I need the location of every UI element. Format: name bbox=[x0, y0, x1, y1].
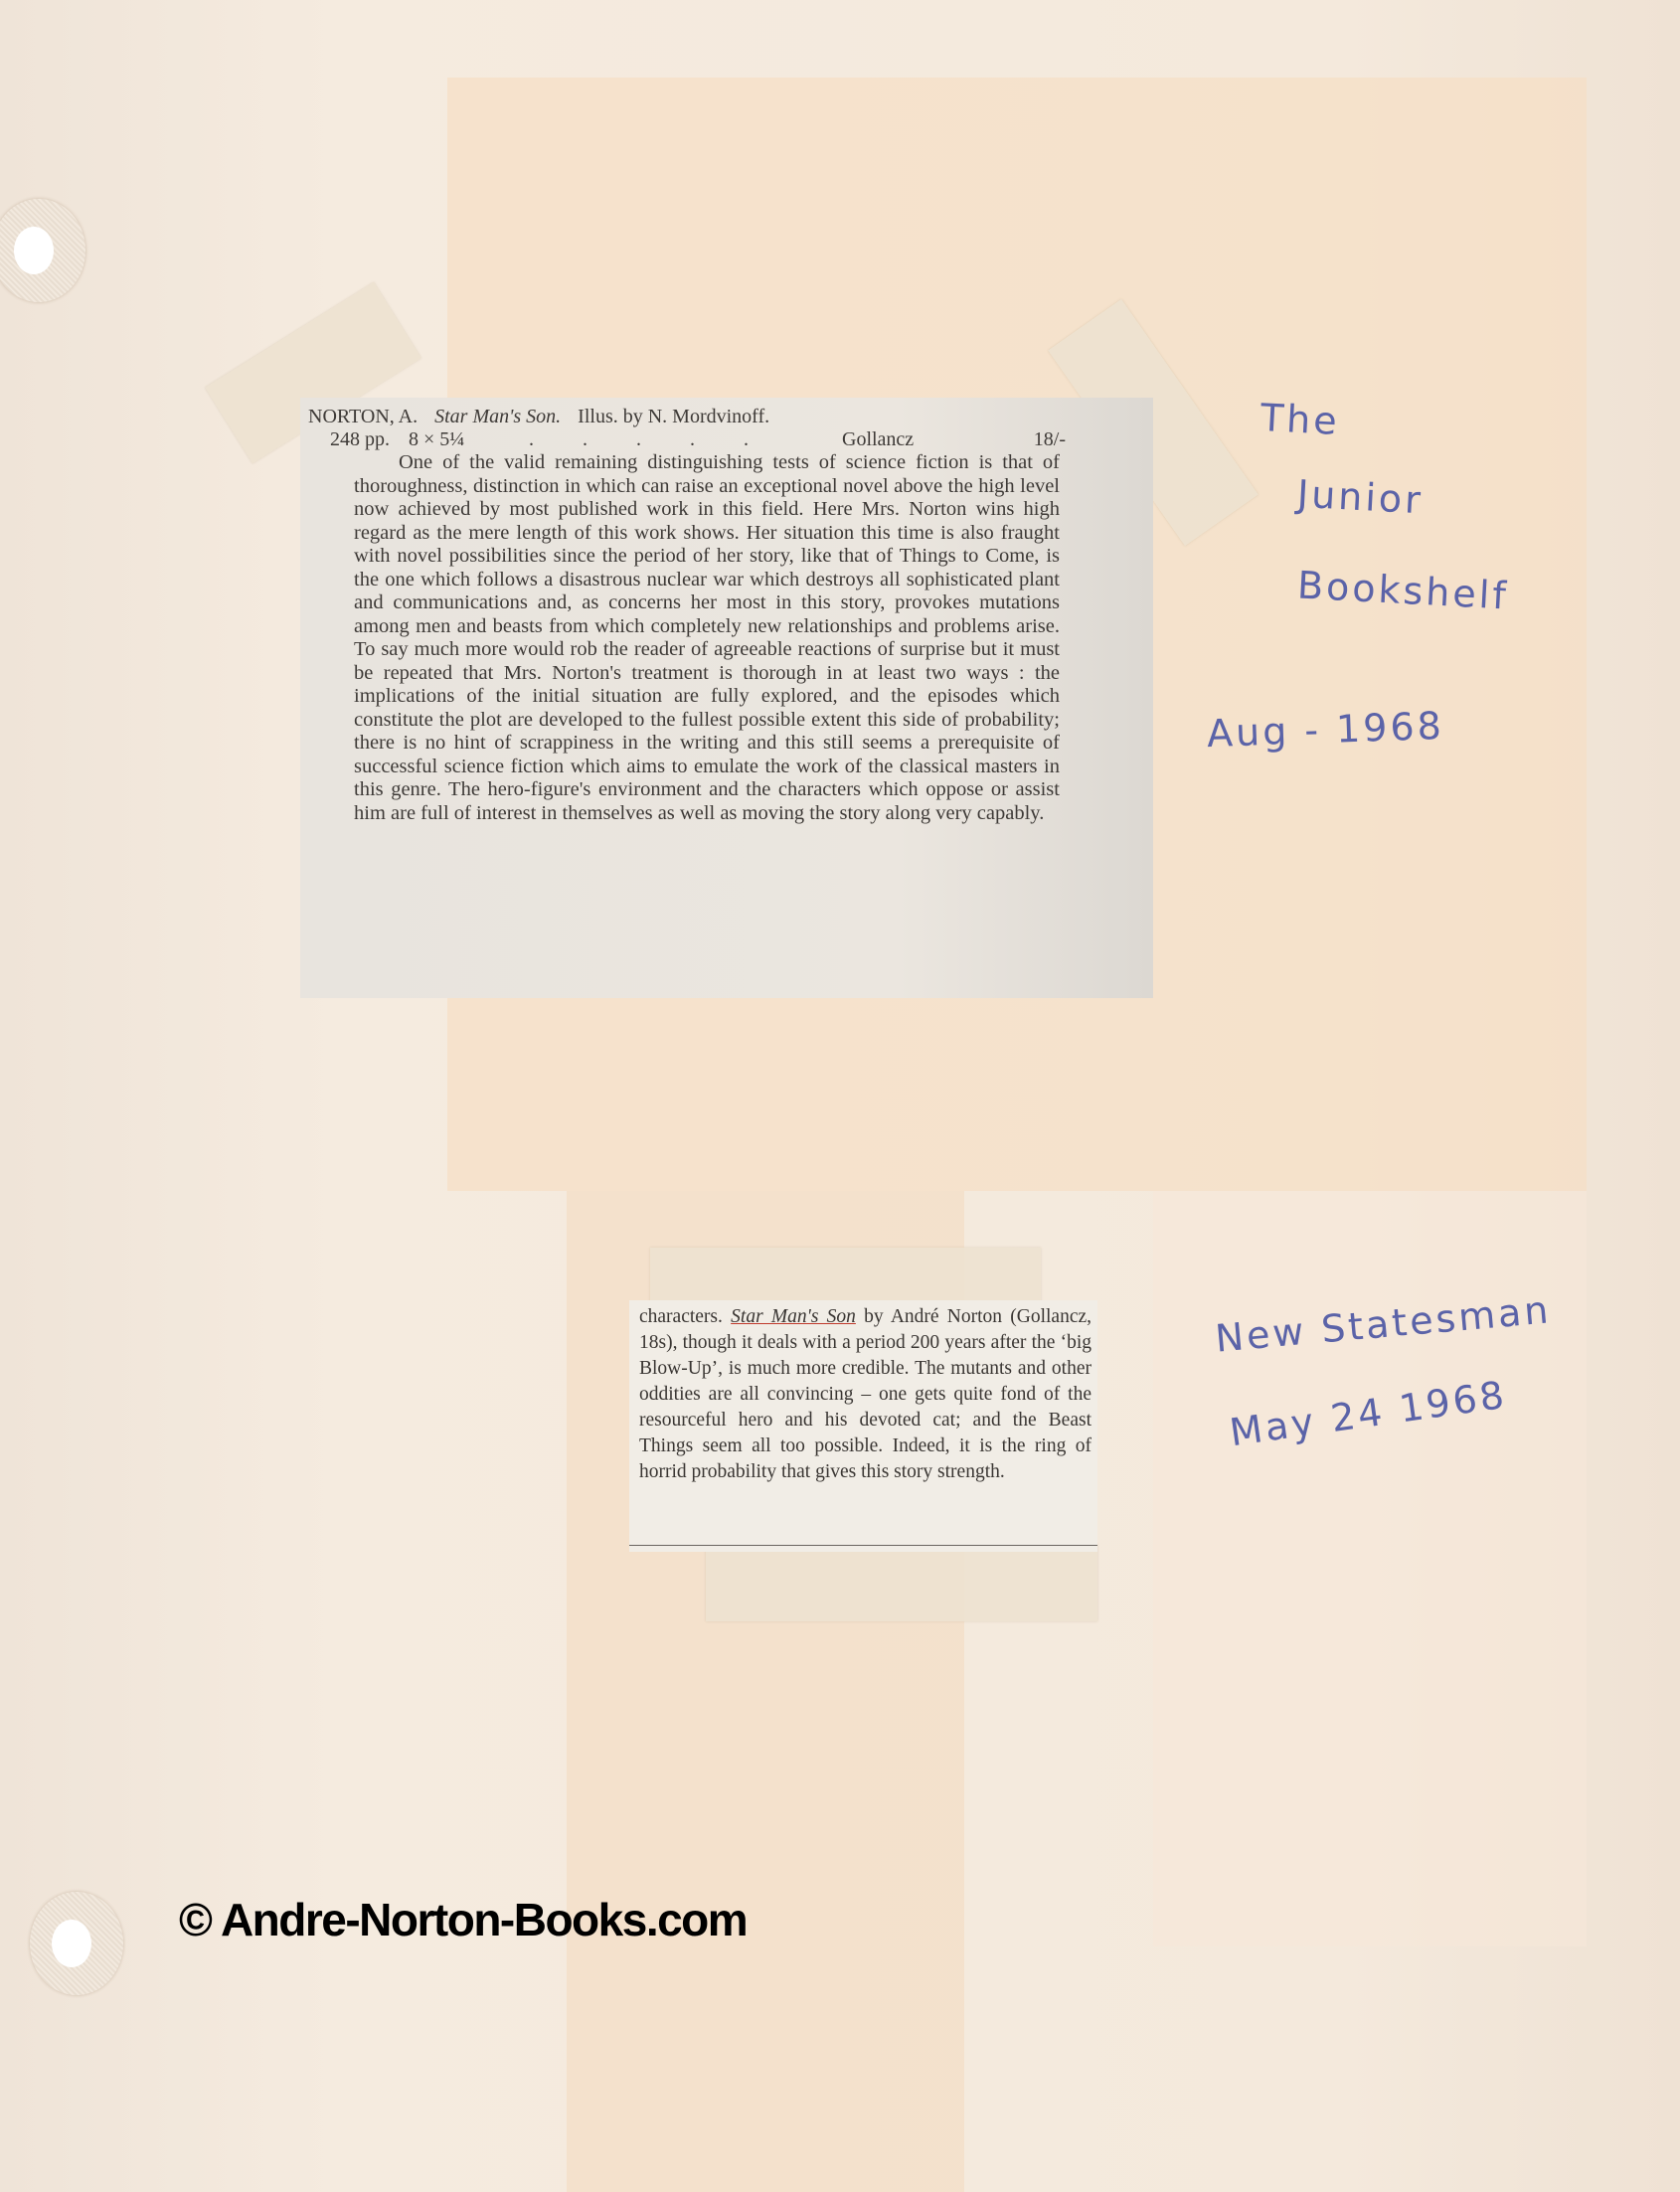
book-title: Star Man's Son. bbox=[434, 406, 561, 427]
clipping-subheader: 248 pp. 8 × 5¼ . . . . . Gollancz 18/- bbox=[330, 428, 1066, 451]
page-count: 248 pp. bbox=[330, 428, 390, 450]
clipping-new-statesman: characters. Star Man's Son by André Nort… bbox=[629, 1300, 1097, 1552]
clipping-junior-bookshelf: NORTON, A. Star Man's Son. Illus. by N. … bbox=[300, 398, 1153, 998]
book-title: Star Man's Son bbox=[731, 1306, 856, 1327]
divider bbox=[629, 1545, 1097, 1546]
book-size: 8 × 5¼ bbox=[409, 428, 464, 450]
binder-hole-bottom bbox=[30, 1892, 123, 1995]
price: 18/- bbox=[1034, 428, 1066, 451]
handwritten-the: The bbox=[1260, 396, 1341, 443]
scrapbook-page: NORTON, A. Star Man's Son. Illus. by N. … bbox=[0, 0, 1680, 2192]
tape-strip bbox=[650, 1248, 1041, 1307]
binder-hole-top bbox=[0, 199, 85, 302]
publisher: Gollancz bbox=[842, 428, 914, 451]
handwritten-date-aug-1968: Aug - 1968 bbox=[1206, 704, 1444, 756]
review-paragraph: One of the valid remaining distinguishin… bbox=[354, 451, 1060, 825]
illustrator: Illus. by N. Mordvinoff. bbox=[578, 406, 769, 427]
review-paragraph: by André Norton (Gollancz, 18s), though … bbox=[639, 1306, 1092, 1482]
copyright-watermark: © Andre-Norton-Books.com bbox=[179, 1893, 747, 1946]
tape-strip bbox=[706, 1544, 1097, 1621]
leader-dots: . . . . . bbox=[529, 428, 770, 451]
review-text: One of the valid remaining distinguishin… bbox=[354, 451, 1060, 825]
author: NORTON, A. bbox=[308, 406, 418, 427]
handwritten-junior: Junior bbox=[1296, 472, 1425, 523]
review-text: characters. Star Man's Son by André Nort… bbox=[639, 1304, 1092, 1485]
lead-word: characters. bbox=[639, 1306, 723, 1327]
clipping-header: NORTON, A. Star Man's Son. Illus. by N. … bbox=[308, 406, 1064, 428]
